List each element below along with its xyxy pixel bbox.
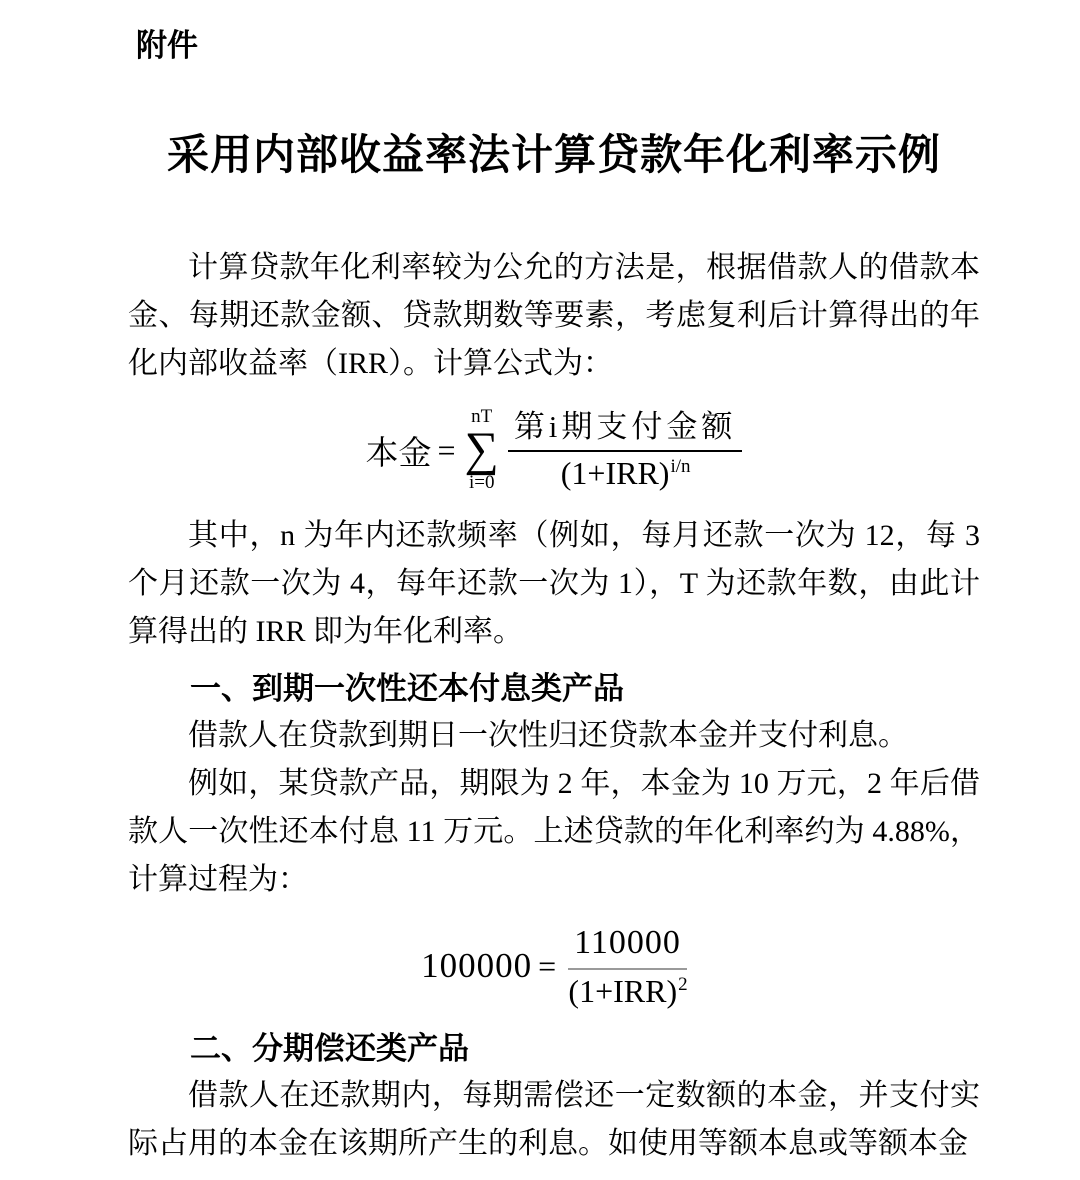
fraction-numerator: 110000 xyxy=(568,922,687,970)
document-content: 附件 采用内部收益率法计算贷款年化利率示例 计算贷款年化利率较为公允的方法是，根… xyxy=(0,0,1080,1168)
attachment-label: 附件 xyxy=(136,26,980,66)
section1-paragraph-1: 借款人在贷款到期日一次性归还贷款本金并支付利息。 xyxy=(128,712,980,760)
summation-block: nT ∑ i=0 xyxy=(465,407,499,492)
intro-paragraph: 计算贷款年化利率较为公允的方法是，根据借款人的借款本金、每期还款金额、贷款期数等… xyxy=(128,244,980,388)
denominator-base: (1+IRR) xyxy=(561,455,670,491)
section1-heading: 一、到期一次性还本付息类产品 xyxy=(128,666,980,712)
section1-paragraph-2: 例如，某贷款产品，期限为 2 年，本金为 10 万元，2 年后借款人一次性还本付… xyxy=(128,760,980,904)
fraction-numerator: 第i期支付金额 xyxy=(508,408,743,452)
document-page: 附件 采用内部收益率法计算贷款年化利率示例 计算贷款年化利率较为公允的方法是，根… xyxy=(0,0,1080,1180)
fraction-denominator: (1+IRR)2 xyxy=(568,970,686,1010)
summation-lower-limit: i=0 xyxy=(469,473,495,493)
fraction-denominator: (1+IRR)i/n xyxy=(561,452,690,492)
fraction: 第i期支付金额 (1+IRR)i/n xyxy=(508,408,743,492)
explain-paragraph: 其中，n 为年内还款频率（例如，每月还款一次为 12，每 3 个月还款一次为 4… xyxy=(128,512,980,656)
equals-sign: = xyxy=(538,948,556,985)
denominator-exponent: 2 xyxy=(678,974,688,995)
formula-lhs-amount: 100000 xyxy=(421,946,532,986)
formula-irr-general: 本金 = nT ∑ i=0 第i期支付金额 (1+IRR)i/n xyxy=(128,402,980,498)
page-title: 采用内部收益率法计算贷款年化利率示例 xyxy=(128,130,980,182)
formula-lhs-principal: 本金 xyxy=(366,427,432,474)
section2-heading: 二、分期偿还类产品 xyxy=(128,1026,980,1072)
equals-sign: = xyxy=(438,432,456,469)
sigma-symbol: ∑ xyxy=(465,427,499,473)
formula-example-1: 100000 = 110000 (1+IRR)2 xyxy=(128,920,980,1012)
fraction: 110000 (1+IRR)2 xyxy=(568,922,687,1010)
denominator-base: (1+IRR) xyxy=(568,973,677,1009)
section2-paragraph-1: 借款人在还款期内，每期需偿还一定数额的本金，并支付实际占用的本金在该期所产生的利… xyxy=(128,1072,980,1168)
denominator-exponent: i/n xyxy=(670,456,690,477)
